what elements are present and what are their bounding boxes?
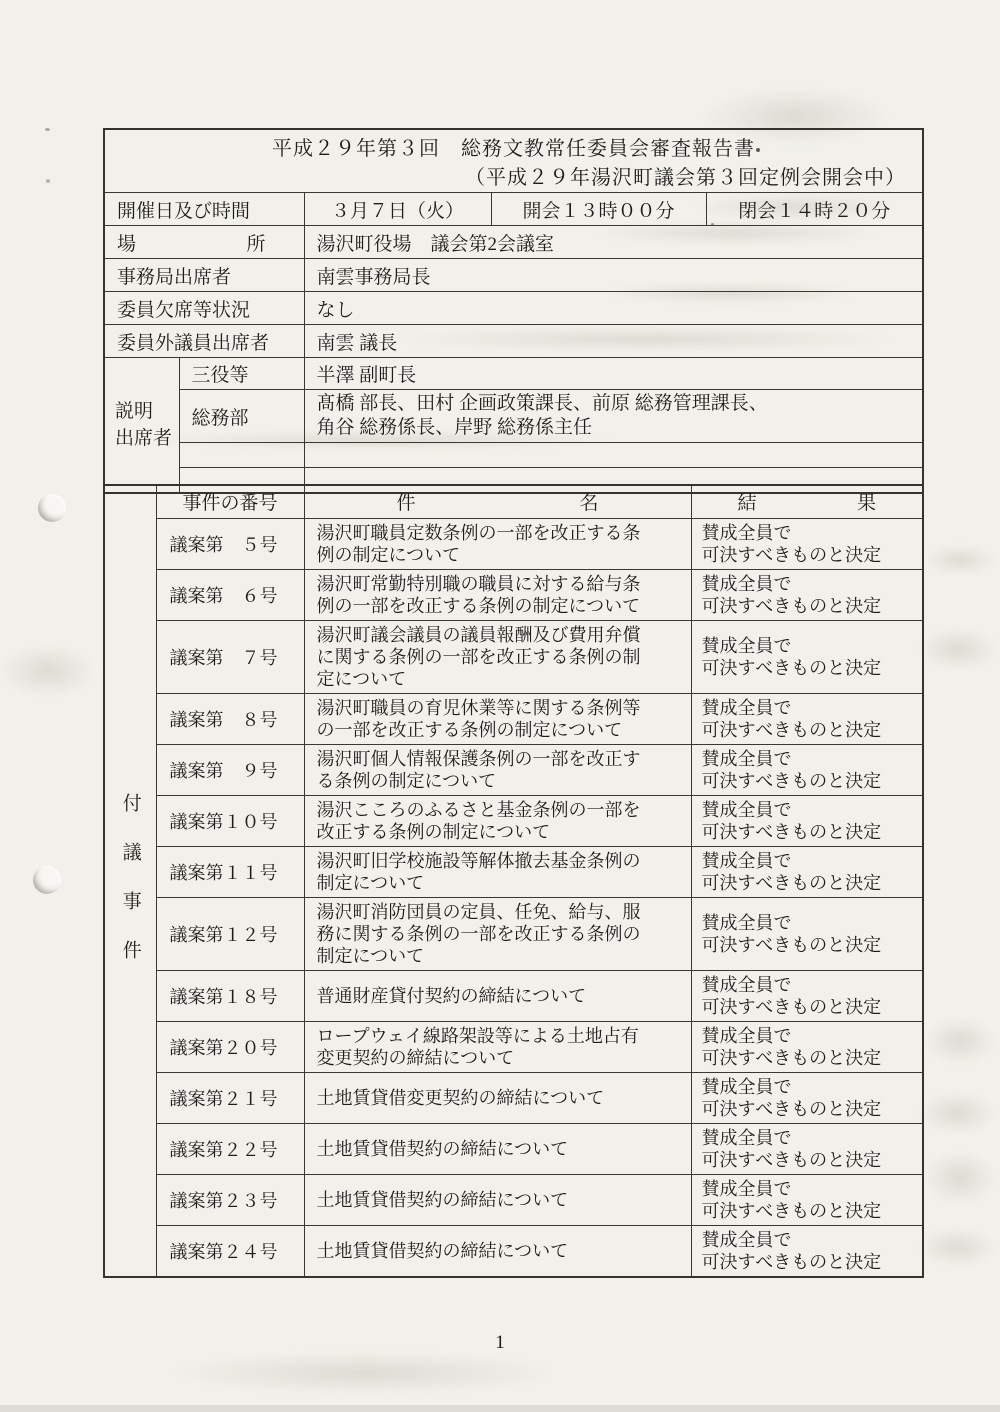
scan-smudge xyxy=(924,546,996,574)
case-name: 普通財産貸付契約の締結について xyxy=(304,970,691,1021)
case-result: 賛成全員で 可決すべきものと決定 xyxy=(691,795,923,846)
scan-smudge xyxy=(918,1228,996,1266)
case-number: 議案第２１号 xyxy=(156,1072,304,1123)
agenda-side-cell: 付議事件 xyxy=(104,485,156,1277)
meta-label-place: 場所 xyxy=(104,226,304,259)
meta-row-secretariat: 事務局出席者 南雲事務局長 xyxy=(104,259,923,292)
case-name: 湯沢町職員の育児休業等に関する条例等の一部を改正する条例の制定について xyxy=(304,693,691,744)
case-row: 議案第２４号土地賃貸借契約の締結について賛成全員で 可決すべきものと決定 xyxy=(104,1225,923,1277)
case-row: 議案第１１号湯沢町旧学校施設等解体撤去基金条例の制定について賛成全員で 可決すべ… xyxy=(104,846,923,897)
case-row: 議案第２２号土地賃貸借契約の締結について賛成全員で 可決すべきものと決定 xyxy=(104,1123,923,1174)
case-result: 賛成全員で 可決すべきものと決定 xyxy=(691,518,923,569)
case-result: 賛成全員で 可決すべきものと決定 xyxy=(691,1225,923,1277)
case-name: 湯沢町常勤特別職の職員に対する給与条例の一部を改正する条例の制定について xyxy=(304,569,691,620)
case-name: ロープウェイ線路架設等による土地占有変更契約の締結について xyxy=(304,1021,691,1072)
explainer-members-0: 半澤 副町長 xyxy=(304,358,923,390)
case-number: 議案第２３号 xyxy=(156,1174,304,1225)
case-name: 土地賃貸借変更契約の締結について xyxy=(304,1072,691,1123)
agenda-header-number: 事件の番号 xyxy=(156,485,304,518)
agenda-side-label: 付議事件 xyxy=(117,793,144,989)
agenda-table: 付議事件 事件の番号 件名 結果 議案第 ５号湯沢町職員定数条例の一部を改正する… xyxy=(103,484,924,1278)
agenda-header-name: 件名 xyxy=(304,485,691,518)
case-result: 賛成全員で 可決すべきものと決定 xyxy=(691,1123,923,1174)
ink-speck xyxy=(46,179,50,183)
scan-smudge xyxy=(0,645,95,697)
case-row: 議案第１８号普通財産貸付契約の締結について賛成全員で 可決すべきものと決定 xyxy=(104,970,923,1021)
meta-label-secretariat: 事務局出席者 xyxy=(104,259,304,292)
case-result: 賛成全員で 可決すべきものと決定 xyxy=(691,1021,923,1072)
agenda-header-row: 付議事件 事件の番号 件名 結果 xyxy=(104,485,923,518)
case-result: 賛成全員で 可決すべきものと決定 xyxy=(691,620,923,693)
ink-speck xyxy=(45,128,50,131)
meta-label-absence: 委員欠席等状況 xyxy=(104,292,304,325)
case-name: 湯沢こころのふるさと基金条例の一部を改正する条例の制定について xyxy=(304,795,691,846)
case-row: 議案第２３号土地賃貸借契約の締結について賛成全員で 可決すべきものと決定 xyxy=(104,1174,923,1225)
meta-row-datetime: 開催日及び時間 ３月７日（火） 開会１３時００分 閉会１４時２０分 xyxy=(104,193,923,226)
meta-absence: なし xyxy=(304,292,923,325)
case-row: 議案第２０号ロープウェイ線路架設等による土地占有変更契約の締結について賛成全員で… xyxy=(104,1021,923,1072)
case-name: 湯沢町個人情報保護条例の一部を改正する条例の制定について xyxy=(304,744,691,795)
explainer-group-1: 総務部 xyxy=(179,390,304,443)
explainer-group-2 xyxy=(179,443,304,468)
case-row: 議案第 ７号湯沢町議会議員の議員報酬及び費用弁償に関する条例の一部を改正する条例… xyxy=(104,620,923,693)
scan-smudge xyxy=(170,1352,560,1394)
case-name: 土地賃貸借契約の締結について xyxy=(304,1225,691,1277)
case-name: 土地賃貸借契約の締結について xyxy=(304,1123,691,1174)
case-name: 湯沢町消防団員の定員、任免、給与、服務に関する条例の一部を改正する条例の制定につ… xyxy=(304,897,691,970)
report-title: 平成２９年第３回 総務文教常任委員会審査報告書 xyxy=(105,132,922,161)
meta-close-time: 閉会１４時２０分 xyxy=(706,193,923,226)
meta-label-nonmember: 委員外議員出席者 xyxy=(104,325,304,358)
case-result: 賛成全員で 可決すべきものと決定 xyxy=(691,897,923,970)
case-name: 湯沢町職員定数条例の一部を改正する条例の制定について xyxy=(304,518,691,569)
case-number: 議案第 ６号 xyxy=(156,569,304,620)
case-row: 議案第 ６号湯沢町常勤特別職の職員に対する給与条例の一部を改正する条例の制定につ… xyxy=(104,569,923,620)
case-row: 議案第２１号土地賃貸借変更契約の締結について賛成全員で 可決すべきものと決定 xyxy=(104,1072,923,1123)
scan-smudge xyxy=(924,1152,996,1204)
title-cell: 平成２９年第３回 総務文教常任委員会審査報告書 （平成２９年湯沢町議会第３回定例… xyxy=(104,129,923,193)
page-number: 1 xyxy=(0,1332,1000,1354)
explainer-row-0: 説明 出席者 三役等 半澤 副町長 xyxy=(104,358,923,390)
scan-smudge xyxy=(918,1092,996,1134)
report-subtitle: （平成２９年湯沢町議会第３回定例会開会中） xyxy=(105,161,922,190)
meta-nonmember: 南雲 議長 xyxy=(304,325,923,358)
meta-open-time: 開会１３時００分 xyxy=(491,193,706,226)
case-result: 賛成全員で 可決すべきものと決定 xyxy=(691,569,923,620)
case-result: 賛成全員で 可決すべきものと決定 xyxy=(691,1072,923,1123)
explainer-group-0: 三役等 xyxy=(179,358,304,390)
case-result: 賛成全員で 可決すべきものと決定 xyxy=(691,846,923,897)
case-row: 議案第 ５号湯沢町職員定数条例の一部を改正する条例の制定について賛成全員で 可決… xyxy=(104,518,923,569)
meta-row-absence: 委員欠席等状況 なし xyxy=(104,292,923,325)
case-result: 賛成全員で 可決すべきものと決定 xyxy=(691,744,923,795)
case-result: 賛成全員で 可決すべきものと決定 xyxy=(691,1174,923,1225)
meta-row-nonmember: 委員外議員出席者 南雲 議長 xyxy=(104,325,923,358)
scanned-document-page: { "page": { "number": "1" }, "colors": {… xyxy=(0,0,1000,1412)
case-row: 議案第１０号湯沢こころのふるさと基金条例の一部を改正する条例の制定について賛成全… xyxy=(104,795,923,846)
case-name: 土地賃貸借契約の締結について xyxy=(304,1174,691,1225)
meta-row-place: 場所 湯沢町役場 議会第2会議室 xyxy=(104,226,923,259)
case-number: 議案第 ７号 xyxy=(156,620,304,693)
meta-secretariat: 南雲事務局長 xyxy=(304,259,923,292)
scan-smudge xyxy=(918,628,998,670)
explainer-members-1: 髙橋 部長、田村 企画政策課長、前原 総務管理課長、 角谷 総務係長、岸野 総務… xyxy=(304,390,923,443)
case-number: 議案第１８号 xyxy=(156,970,304,1021)
case-number: 議案第 ５号 xyxy=(156,518,304,569)
agenda-header-result: 結果 xyxy=(691,485,923,518)
punch-hole xyxy=(33,866,61,894)
case-row: 議案第 ９号湯沢町個人情報保護条例の一部を改正する条例の制定について賛成全員で … xyxy=(104,744,923,795)
case-row: 議案第 ８号湯沢町職員の育児休業等に関する条例等の一部を改正する条例の制定につい… xyxy=(104,693,923,744)
meta-label-datetime: 開催日及び時間 xyxy=(104,193,304,226)
case-number: 議案第 ９号 xyxy=(156,744,304,795)
case-result: 賛成全員で 可決すべきものと決定 xyxy=(691,970,923,1021)
case-number: 議案第 ８号 xyxy=(156,693,304,744)
case-number: 議案第２２号 xyxy=(156,1123,304,1174)
case-name: 湯沢町旧学校施設等解体撤去基金条例の制定について xyxy=(304,846,691,897)
scan-edge-strip xyxy=(0,1405,1000,1412)
explainer-row-1: 総務部 髙橋 部長、田村 企画政策課長、前原 総務管理課長、 角谷 総務係長、岸… xyxy=(104,390,923,443)
case-row: 議案第１２号湯沢町消防団員の定員、任免、給与、服務に関する条例の一部を改正する条… xyxy=(104,897,923,970)
scan-smudge xyxy=(924,1018,996,1064)
case-number: 議案第２０号 xyxy=(156,1021,304,1072)
case-number: 議案第２４号 xyxy=(156,1225,304,1277)
case-number: 議案第１１号 xyxy=(156,846,304,897)
case-name: 湯沢町議会議員の議員報酬及び費用弁償に関する条例の一部を改正する条例の制定につい… xyxy=(304,620,691,693)
meta-date: ３月７日（火） xyxy=(304,193,491,226)
report-header-table: 平成２９年第３回 総務文教常任委員会審査報告書 （平成２９年湯沢町議会第３回定例… xyxy=(103,128,924,494)
paper: 平成２９年第３回 総務文教常任委員会審査報告書 （平成２９年湯沢町議会第３回定例… xyxy=(0,0,1000,1412)
meta-place: 湯沢町役場 議会第2会議室 xyxy=(304,226,923,259)
explainer-row-2 xyxy=(104,443,923,468)
case-result: 賛成全員で 可決すべきものと決定 xyxy=(691,693,923,744)
title-row: 平成２９年第３回 総務文教常任委員会審査報告書 （平成２９年湯沢町議会第３回定例… xyxy=(104,129,923,193)
case-number: 議案第１２号 xyxy=(156,897,304,970)
case-number: 議案第１０号 xyxy=(156,795,304,846)
explainer-members-2 xyxy=(304,443,923,468)
punch-hole xyxy=(38,494,66,522)
explainers-label: 説明 出席者 xyxy=(104,358,179,493)
